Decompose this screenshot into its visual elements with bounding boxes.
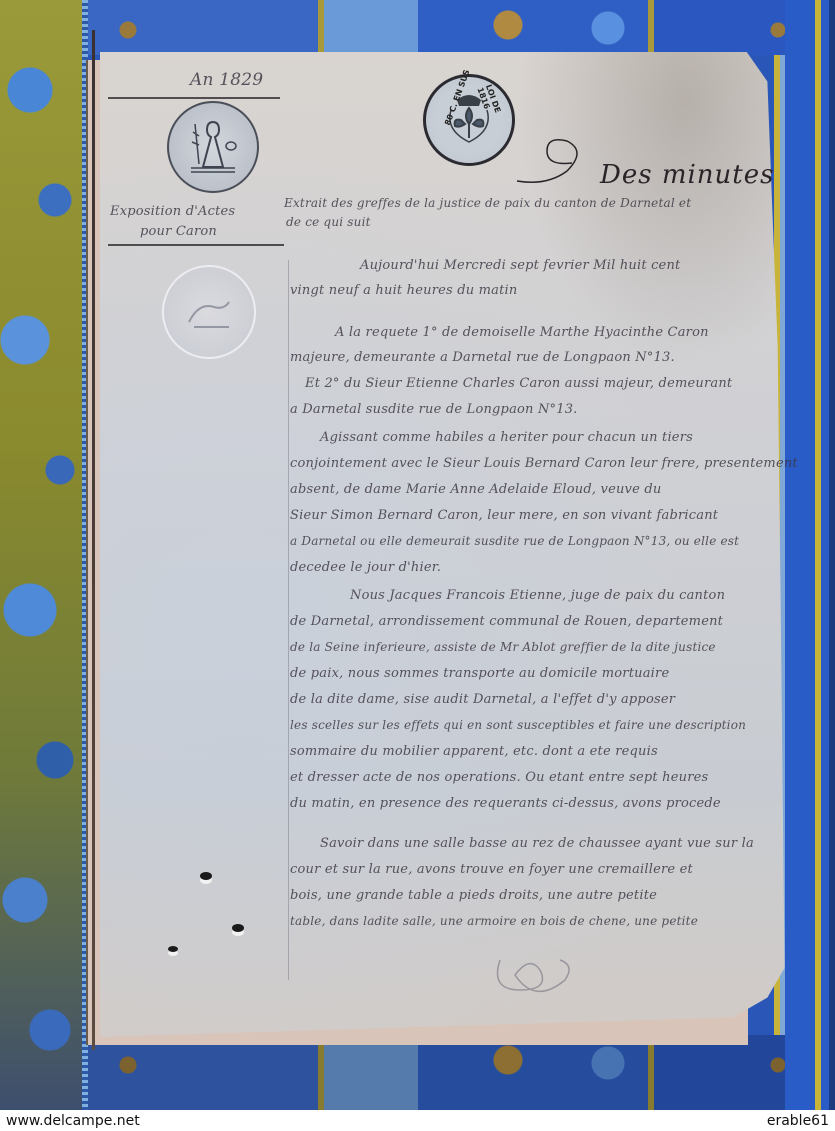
- margin-note-line2: pour Caron: [140, 224, 217, 239]
- punch-hole: [200, 872, 212, 880]
- dry-seal: [162, 265, 256, 359]
- body-line: Agissant comme habiles a heriter pour ch…: [320, 430, 693, 445]
- body-line: conjointement avec le Sieur Louis Bernar…: [290, 456, 798, 471]
- body-line: de ce qui suit: [286, 215, 371, 229]
- body-line: A la requete 1° de demoiselle Marthe Hya…: [335, 325, 709, 340]
- fabric-bottom-strip: [88, 1035, 785, 1110]
- fabric-top-strip: [88, 0, 785, 55]
- watermark-footer: www.delcampe.net erable61: [0, 1110, 835, 1131]
- body-line: a Darnetal susdite rue de Longpaon N°13.: [290, 402, 578, 417]
- allegorical-figure-icon: [183, 112, 243, 182]
- seal-figure-icon: [179, 287, 239, 337]
- calligraphic-flourish-icon: [512, 126, 612, 186]
- watermark-seller: erable61: [767, 1113, 829, 1129]
- fabric-right-strip: [785, 0, 835, 1110]
- body-line: du matin, en presence des requerants ci-…: [290, 796, 721, 811]
- body-line: a Darnetal ou elle demeurait susdite rue…: [290, 534, 739, 548]
- body-line: Et 2° du Sieur Etienne Charles Caron aus…: [305, 376, 732, 391]
- body-line: table, dans ladite salle, une armoire en…: [290, 914, 698, 928]
- body-line: Sieur Simon Bernard Caron, leur mere, en…: [290, 508, 718, 523]
- body-line: de Darnetal, arrondissement communal de …: [290, 614, 723, 629]
- watermark-site: www.delcampe.net: [6, 1113, 140, 1129]
- header-year: An 1829: [190, 70, 263, 90]
- punch-hole: [168, 946, 178, 952]
- embossed-tax-stamp: [167, 101, 259, 193]
- body-line: absent, de dame Marie Anne Adelaide Elou…: [290, 482, 661, 497]
- body-line: Savoir dans une salle basse au rez de ch…: [320, 836, 754, 851]
- faint-flourish-icon: [490, 950, 600, 1000]
- margin-rule: [288, 260, 289, 980]
- header-rule: [108, 97, 280, 99]
- body-line: de paix, nous sommes transporte au domic…: [290, 666, 669, 681]
- body-line: vingt neuf a huit heures du matin: [290, 283, 518, 298]
- body-line: majeure, demeurante a Darnetal rue de Lo…: [290, 350, 675, 365]
- body-line: Extrait des greffes de la justice de pai…: [284, 196, 691, 210]
- body-line: les scelles sur les effets qui en sont s…: [290, 718, 746, 732]
- body-line: sommaire du mobilier apparent, etc. dont…: [290, 744, 658, 759]
- document-title: Des minutes: [600, 160, 774, 190]
- body-line: bois, une grande table a pieds droits, u…: [290, 888, 657, 903]
- ink-tax-stamp: 80 C. EN SUS LOI DE 1816: [423, 74, 515, 166]
- body-line: decedee le jour d'hier.: [290, 560, 441, 575]
- body-line: de la Seine inferieure, assiste de Mr Ab…: [290, 640, 716, 654]
- floral-fabric-left: [0, 0, 88, 1110]
- binding-fold: [92, 30, 95, 1050]
- body-line: cour et sur la rue, avons trouve en foye…: [290, 862, 693, 877]
- punch-hole: [232, 924, 244, 932]
- margin-note-line1: Exposition d'Actes: [110, 204, 235, 219]
- body-line: Nous Jacques Francois Etienne, juge de p…: [350, 588, 725, 603]
- body-line: et dresser acte de nos operations. Ou et…: [290, 770, 708, 785]
- body-line: Aujourd'hui Mercredi sept fevrier Mil hu…: [360, 258, 680, 273]
- margin-note-rule: [108, 244, 284, 246]
- body-line: de la dite dame, sise audit Darnetal, a …: [290, 692, 675, 707]
